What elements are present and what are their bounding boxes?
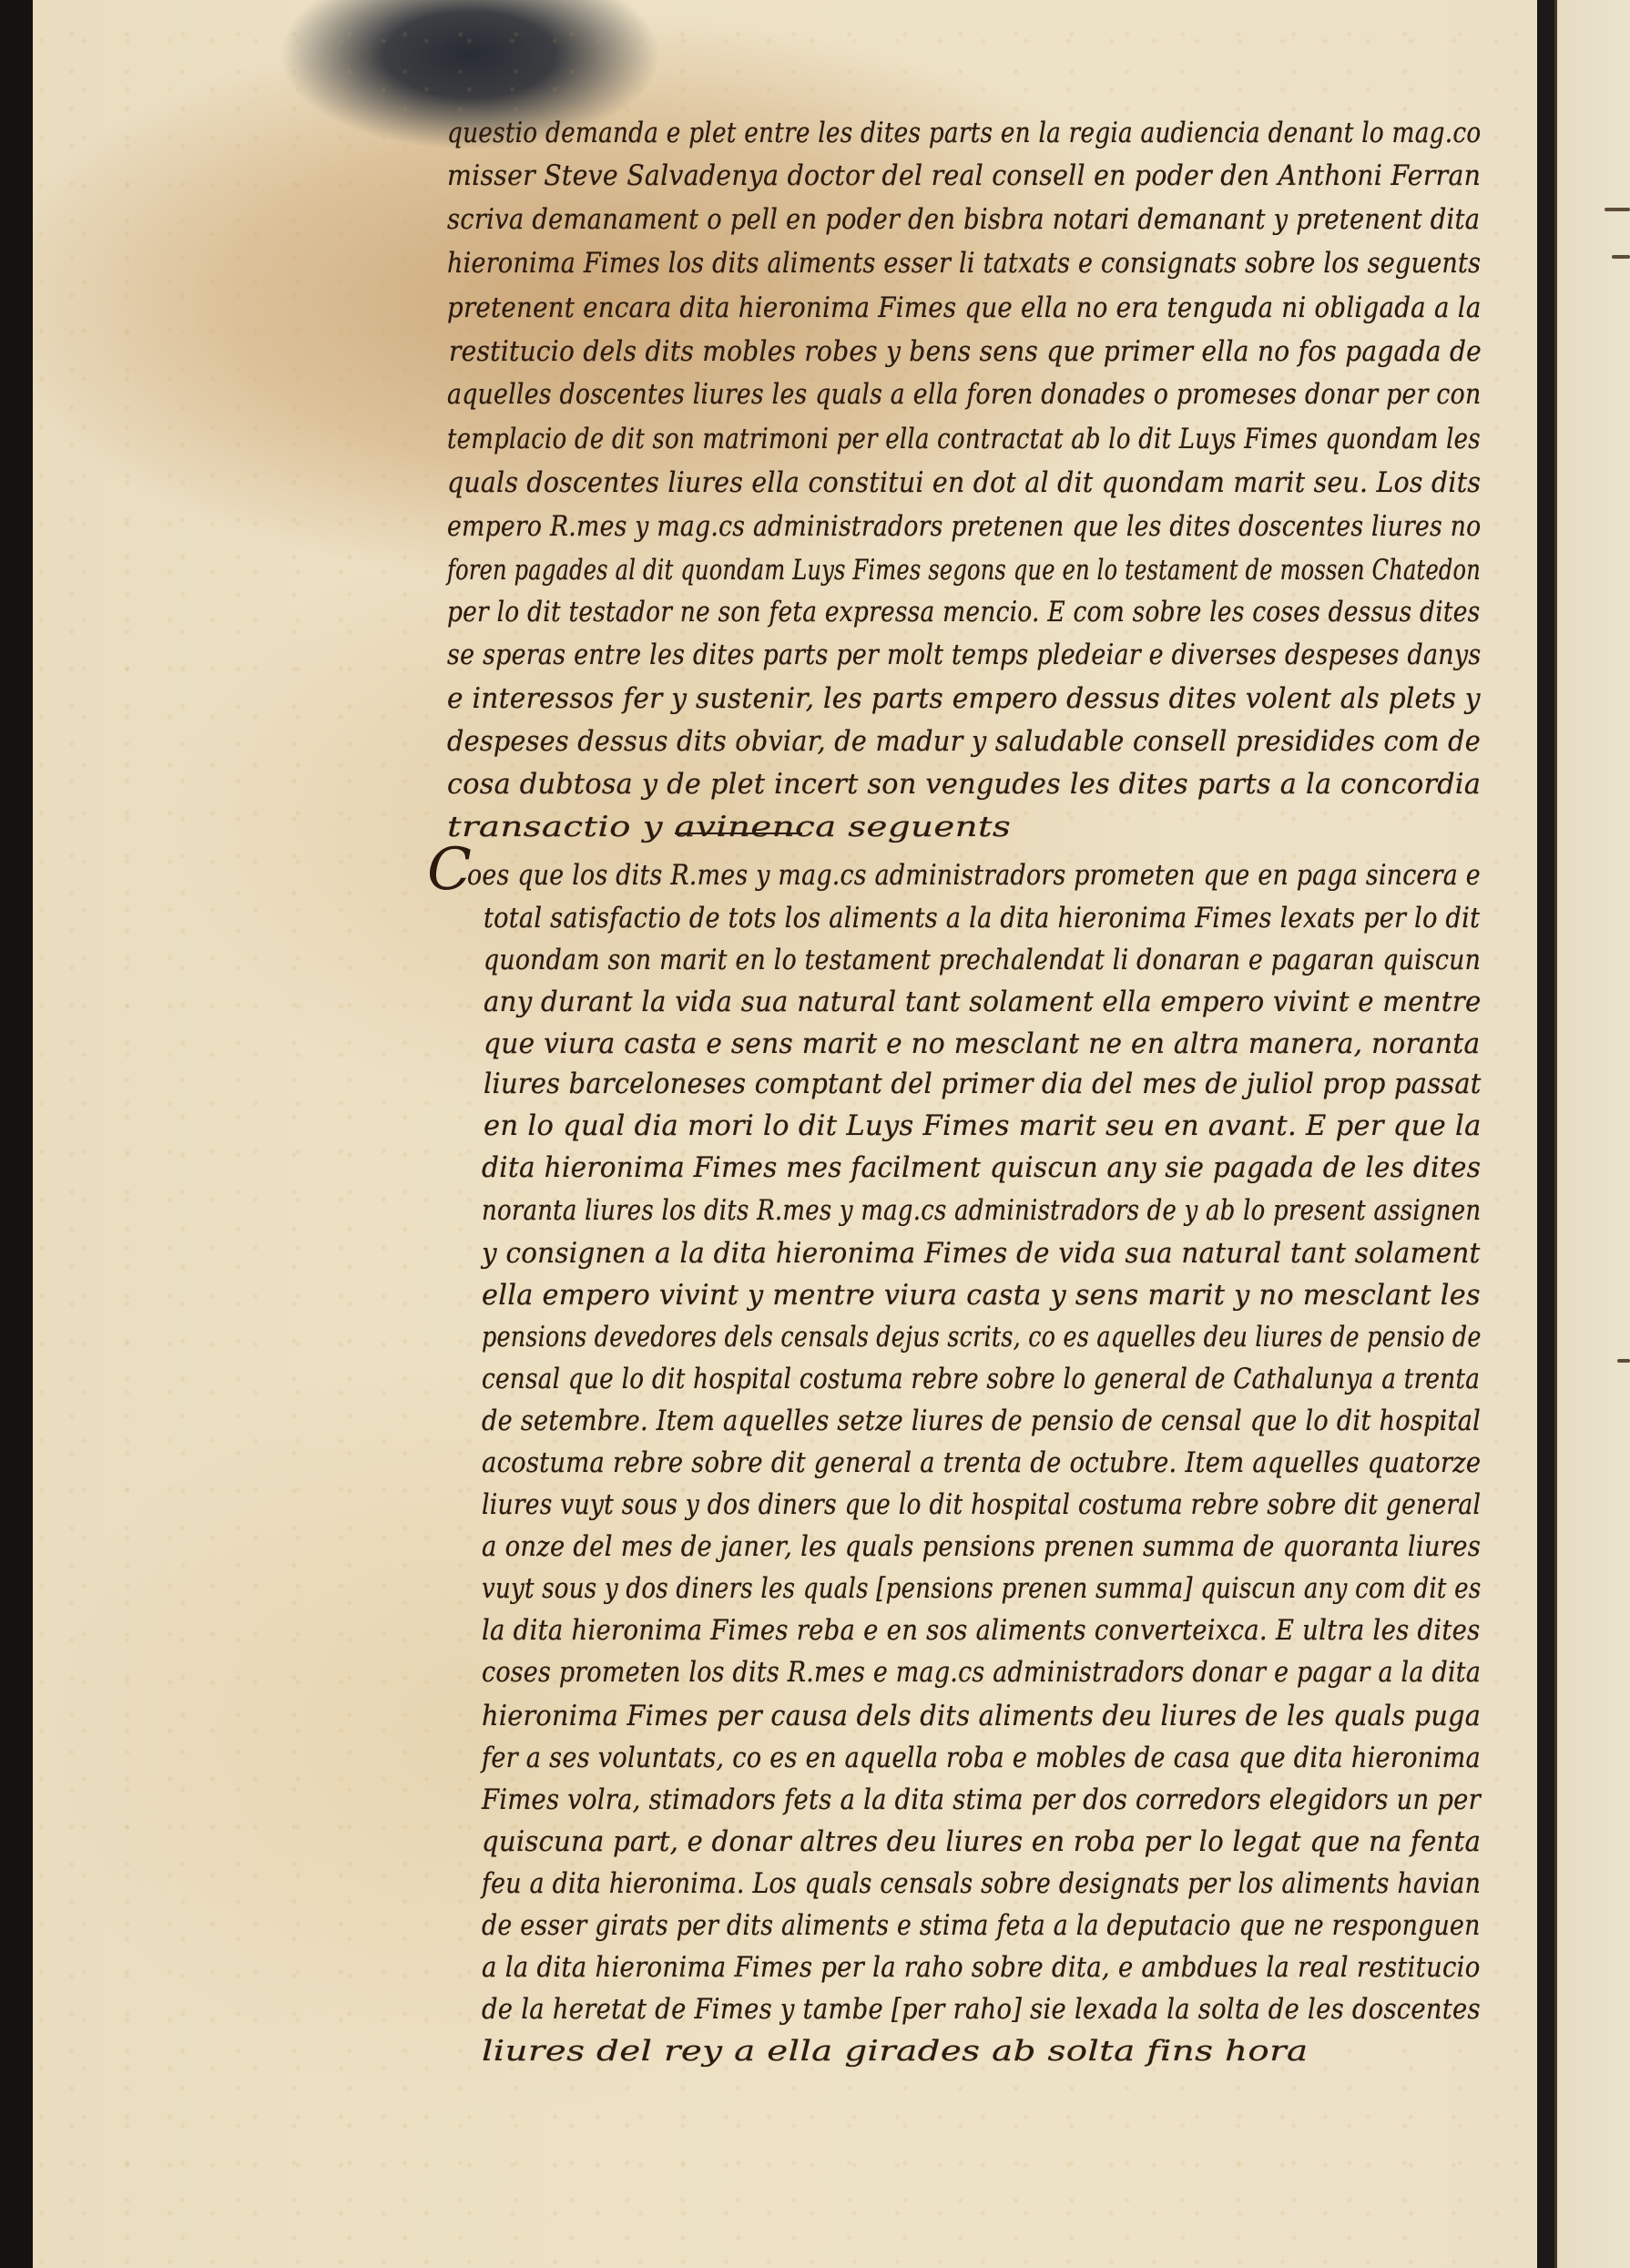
manuscript-line: liures barceloneses comptant del primer … bbox=[484, 1068, 1482, 1100]
manuscript-line: se speras entre les dites parts per molt… bbox=[447, 639, 1481, 671]
manuscript-line: restitucio dels dits mobles robes y bens… bbox=[449, 335, 1482, 368]
manuscript-line: quals doscentes liures ella constitui en… bbox=[447, 466, 1481, 499]
manuscript-line: liures del rey a ella girades ab solta f… bbox=[482, 2035, 1308, 2068]
manuscript-line: de setembre. Item aquelles setze liures … bbox=[482, 1405, 1481, 1437]
manuscript-scan: questio demanda e plet entre les dites p… bbox=[0, 0, 1630, 2268]
manuscript-line: hieronima Fimes per causa dels dits alim… bbox=[482, 1700, 1481, 1732]
adjacent-page-ink-mark bbox=[1612, 255, 1630, 259]
manuscript-line: questio demanda e plet entre les dites p… bbox=[447, 117, 1481, 149]
manuscript-line: hieronima Fimes los dits aliments esser … bbox=[447, 247, 1481, 280]
manuscript-line: Fimes volra, stimadors fets a la dita st… bbox=[482, 1783, 1481, 1816]
manuscript-line: oes que los dits R.mes y mag.cs administ… bbox=[467, 859, 1481, 892]
manuscript-line: cosa dubtosa y de plet incert son vengud… bbox=[447, 768, 1481, 801]
manuscript-line: feu a dita hieronima. Los quals censals … bbox=[482, 1867, 1481, 1900]
manuscript-line: pretenent encara dita hieronima Fimes qu… bbox=[447, 291, 1482, 324]
manuscript-line: transactio y avinenca seguents bbox=[447, 811, 1011, 843]
scan-left-border bbox=[0, 0, 35, 2268]
manuscript-line: liures vuyt sous y dos diners que lo dit… bbox=[482, 1488, 1481, 1521]
adjacent-page-ink-mark bbox=[1617, 1359, 1630, 1363]
manuscript-line: que viura casta e sens marit e no mescla… bbox=[484, 1027, 1480, 1060]
manuscript-line: per lo dit testador ne son feta expressa… bbox=[447, 596, 1480, 628]
manuscript-line: a la dita hieronima Fimes per la raho so… bbox=[482, 1951, 1481, 1984]
manuscript-line: fer a ses voluntats, co es en aquella ro… bbox=[482, 1742, 1481, 1774]
manuscript-line: en lo qual dia mori lo dit Luys Fimes ma… bbox=[484, 1109, 1482, 1142]
line-filler-stroke bbox=[675, 833, 802, 834]
manuscript-line: foren pagades al dit quondam Luys Fimes … bbox=[447, 554, 1481, 587]
manuscript-line: misser Steve Salvadenya doctor del real … bbox=[447, 159, 1481, 192]
manuscript-line: any durant la vida sua natural tant sola… bbox=[484, 986, 1482, 1018]
manuscript-line: despeses dessus dits obviar, de madur y … bbox=[447, 725, 1481, 758]
manuscript-folio: questio demanda e plet entre les dites p… bbox=[33, 0, 1537, 2268]
manuscript-line: a onze del mes de janer, les quals pensi… bbox=[482, 1530, 1481, 1563]
manuscript-line: acostuma rebre sobre dit general a trent… bbox=[482, 1446, 1481, 1479]
manuscript-line: quondam son marit en lo testament precha… bbox=[484, 944, 1481, 976]
manuscript-line: total satisfactio de tots los aliments a… bbox=[484, 902, 1480, 935]
manuscript-line: templacio de dit son matrimoni per ella … bbox=[447, 423, 1481, 455]
manuscript-line: de esser girats per dits aliments e stim… bbox=[482, 1909, 1481, 1942]
manuscript-line: ella empero vivint y mentre viura casta … bbox=[482, 1279, 1481, 1312]
manuscript-line: censal que lo dit hospital costuma rebre… bbox=[482, 1363, 1480, 1395]
manuscript-line: quiscuna part, e donar altres deu liures… bbox=[482, 1825, 1481, 1858]
manuscript-line: vuyt sous y dos diners les quals [pensio… bbox=[482, 1572, 1481, 1605]
decorated-initial: C bbox=[427, 836, 472, 904]
manuscript-line: aquelles doscentes liures les quals a el… bbox=[447, 378, 1481, 411]
manuscript-line: empero R.mes y mag.cs administradors pre… bbox=[447, 510, 1481, 543]
manuscript-line: coses prometen los dits R.mes e mag.cs a… bbox=[482, 1656, 1481, 1689]
manuscript-line: de la heretat de Fimes y tambe [per raho… bbox=[482, 1993, 1481, 2026]
manuscript-line: la dita hieronima Fimes reba e en sos al… bbox=[482, 1614, 1481, 1647]
manuscript-line: pensions devedores dels censals dejus sc… bbox=[482, 1321, 1482, 1354]
manuscript-line: dita hieronima Fimes mes facilment quisc… bbox=[482, 1151, 1481, 1184]
manuscript-line: noranta liures los dits R.mes y mag.cs a… bbox=[482, 1194, 1481, 1227]
adjacent-page-edge bbox=[1557, 0, 1630, 2268]
adjacent-page-ink-mark bbox=[1605, 208, 1630, 211]
manuscript-line: y consignen a la dita hieronima Fimes de… bbox=[482, 1237, 1481, 1270]
manuscript-line: scriva demanament o pell en poder den bi… bbox=[447, 203, 1480, 236]
manuscript-line: e interessos fer y sustenir, les parts e… bbox=[447, 682, 1481, 715]
